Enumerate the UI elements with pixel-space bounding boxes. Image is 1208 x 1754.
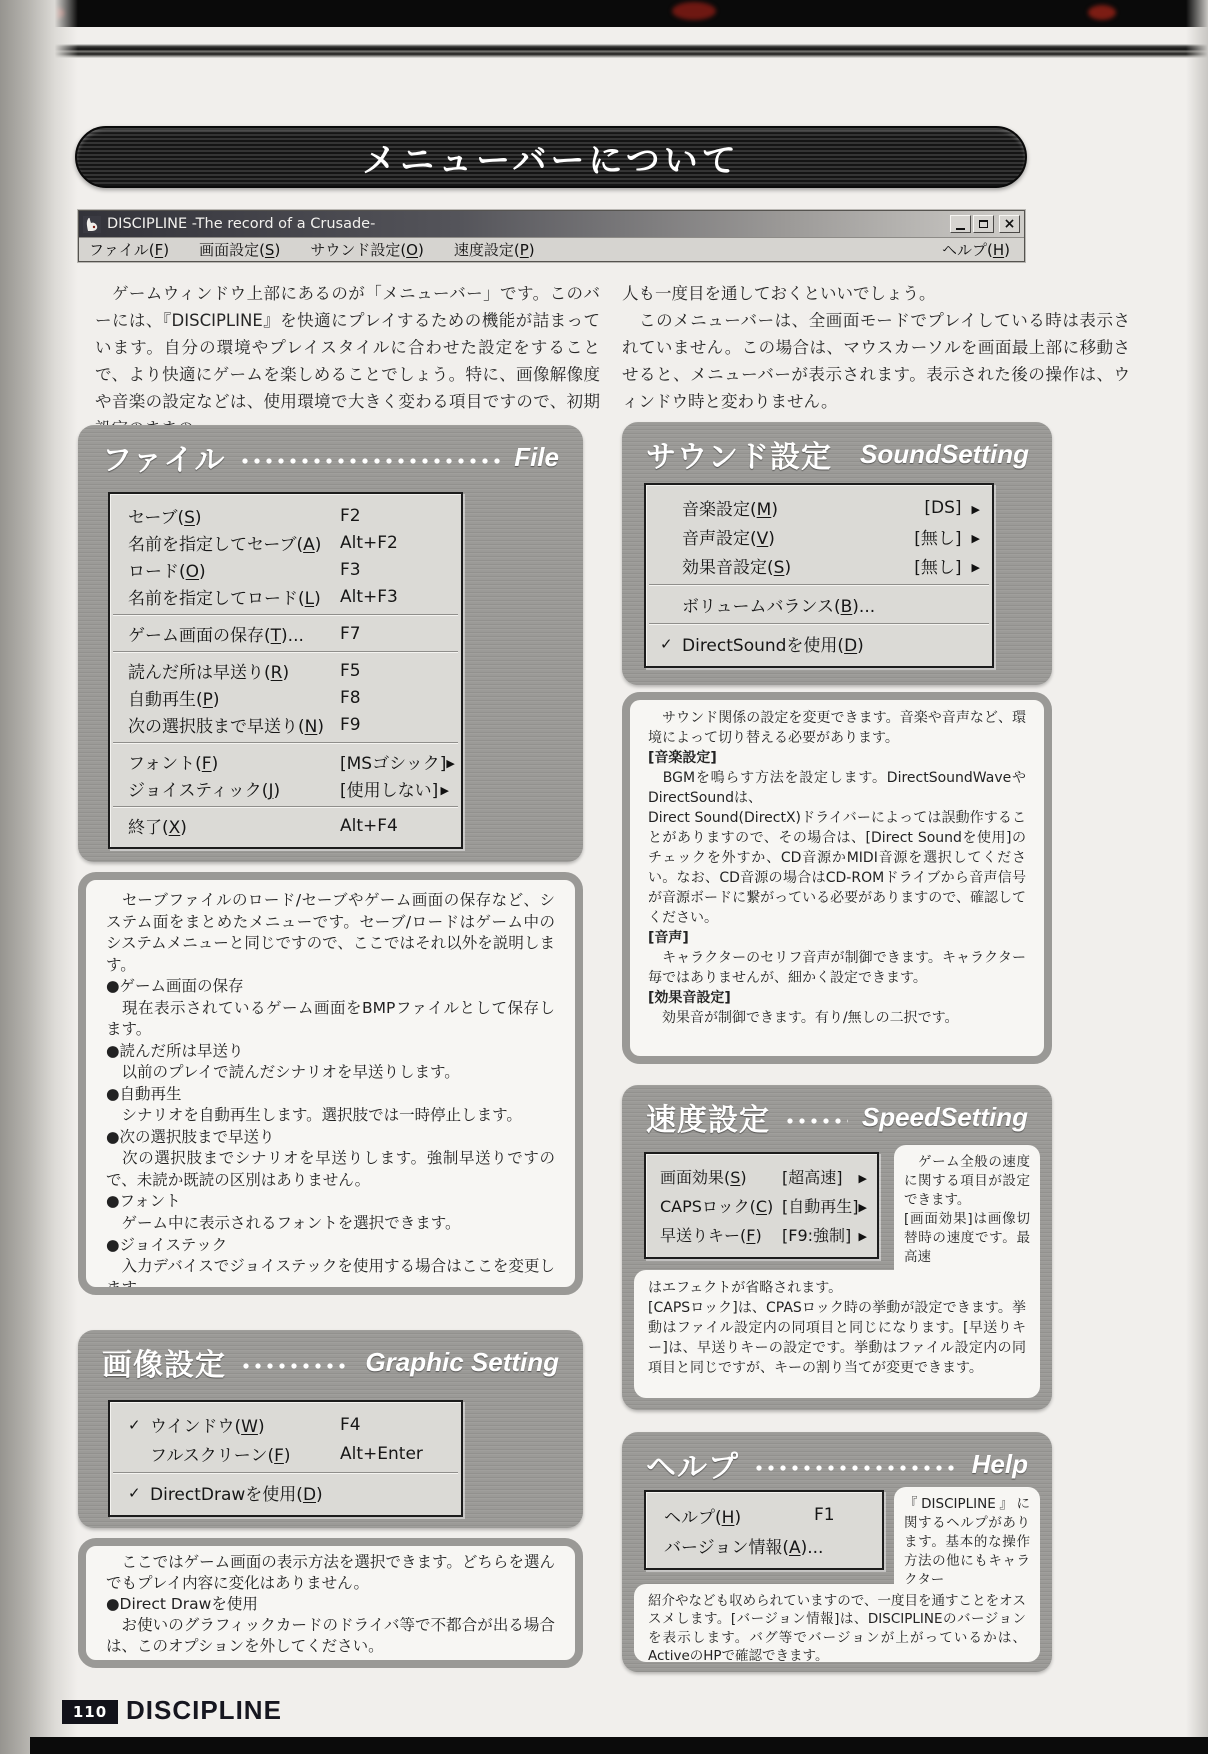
scan-stain: [672, 2, 716, 20]
section-title-jp: ヘルプ: [646, 1442, 739, 1486]
submenu-arrow-icon: [441, 779, 449, 799]
page-number-badge: 110: [62, 1700, 118, 1724]
submenu-arrow-icon: [972, 556, 980, 576]
menu-item-joystick[interactable]: ジョイスティック(J)[使用しない]: [110, 775, 461, 802]
menu-separator: [113, 806, 458, 808]
checkmark-icon: [128, 1484, 150, 1502]
speed-description-bottom: はエフェクトが省略されます。 [CAPSロック]は、CPASロック時の挙動が設定…: [634, 1270, 1040, 1398]
menu-separator: [113, 742, 458, 744]
file-menu-mockup: セーブ(S)F2 名前を指定してセーブ(A)Alt+F2 ロード(O)F3 名前…: [108, 492, 463, 849]
footer-brand: DISCIPLINE: [126, 1695, 282, 1726]
menu-item-version-info[interactable]: バージョン情報(A)...: [646, 1530, 882, 1560]
menubar-item-display[interactable]: 画面設定(S): [199, 239, 280, 260]
divider-ribbon: [0, 44, 1208, 58]
menubar-item-speed[interactable]: 速度設定(P): [454, 239, 535, 260]
submenu-arrow-icon: [859, 1196, 867, 1215]
minimize-button[interactable]: [950, 215, 971, 233]
checkmark-icon: [128, 1416, 150, 1434]
graphic-menu-mockup: ウインドウ(W)F4 フルスクリーン(F)Alt+Enter DirectDra…: [108, 1400, 463, 1517]
menubar-item-help[interactable]: ヘルプ(H): [942, 239, 1010, 260]
section-help-header: ヘルプ Help: [622, 1432, 1052, 1486]
dotted-leader: [784, 1117, 848, 1125]
menu-item-fullscreen[interactable]: フルスクリーン(F)Alt+Enter: [110, 1439, 461, 1468]
menu-item-caps-lock[interactable]: CAPSロック(C)[自動再生]: [646, 1191, 877, 1220]
menu-separator: [649, 623, 989, 625]
speed-description-side: ゲーム全般の速度に関する項目が設定できます。 [画面効果]は画像切替時の速度です…: [894, 1145, 1040, 1270]
help-description-side: 『DISCIPLINE』に関するヘルプがあります。基本的な操作方法の他にもキャラ…: [894, 1487, 1040, 1584]
menu-separator: [649, 584, 989, 586]
menu-separator: [113, 651, 458, 653]
page-title: メニューバーについて: [362, 133, 740, 182]
minimize-icon: [956, 228, 965, 230]
menu-item-font[interactable]: フォント(F)[MSゴシック]: [110, 748, 461, 775]
menu-separator: [113, 614, 458, 616]
game-window-mockup: DISCIPLINE -The record of a Crusade- ファイ…: [78, 210, 1025, 262]
section-speed: 速度設定 SpeedSetting ゲーム全般の速度に関する項目が設定できます。…: [622, 1085, 1052, 1410]
page-edge-shadow: [1186, 0, 1208, 1754]
app-icon: [83, 216, 101, 233]
help-menu-mockup: ヘルプ(H)F1 バージョン情報(A)...: [644, 1490, 884, 1570]
section-title-en: File: [514, 442, 559, 473]
menu-item-save[interactable]: セーブ(S)F2: [110, 502, 461, 529]
menu-item-save-as[interactable]: 名前を指定してセーブ(A)Alt+F2: [110, 529, 461, 556]
section-help: ヘルプ Help 『DISCIPLINE』に関するヘルプがあります。基本的な操作…: [622, 1432, 1052, 1672]
submenu-arrow-icon: [972, 498, 980, 518]
page-title-banner: メニューバーについて: [75, 126, 1027, 188]
close-button[interactable]: [999, 215, 1020, 233]
sound-description-box: サウンド関係の設定を変更できます。音楽や音声など、環境によって切り替える必要があ…: [622, 692, 1052, 1064]
scan-stain: [1088, 5, 1116, 20]
section-file-header: ファイル File: [78, 425, 583, 479]
menu-item-skip-to-choice[interactable]: 次の選択肢まで早送り(N)F9: [110, 711, 461, 738]
section-file: ファイル File セーブ(S)F2 名前を指定してセーブ(A)Alt+F2 ロ…: [78, 425, 583, 862]
submenu-arrow-icon: [859, 1225, 867, 1244]
menu-item-skip-read[interactable]: 読んだ所は早送り(R)F5: [110, 657, 461, 684]
intro-paragraph-left: ゲームウィンドウ上部にあるのが「メニューバー」です。このバーには、『DISCIP…: [95, 280, 600, 442]
section-title-jp: ファイル: [102, 435, 225, 479]
window-controls: [950, 215, 1020, 233]
checkmark-icon: [660, 635, 682, 653]
menu-item-music-setting[interactable]: 音楽設定(M)[DS]: [646, 493, 992, 522]
submenu-arrow-icon: [859, 1167, 867, 1186]
maximize-icon: [979, 220, 988, 228]
dotted-leader: [240, 1362, 351, 1370]
menu-item-volume-balance[interactable]: ボリュームバランス(B)...: [646, 590, 992, 619]
section-title-jp: 画像設定: [102, 1340, 226, 1384]
window-titlebar: DISCIPLINE -The record of a Crusade-: [79, 211, 1024, 237]
section-title-en: SpeedSetting: [862, 1102, 1028, 1133]
menu-item-save-screen[interactable]: ゲーム画面の保存(T)...F7: [110, 620, 461, 647]
menu-item-screen-effect[interactable]: 画面効果(S)[超高速]: [646, 1162, 877, 1191]
menu-item-load-as[interactable]: 名前を指定してロード(L)Alt+F3: [110, 583, 461, 610]
page-bottom-edge: [30, 1737, 1208, 1754]
menu-item-skip-key[interactable]: 早送りキー(F)[F9:強制]: [646, 1220, 877, 1249]
menu-item-use-directsound[interactable]: DirectSoundを使用(D): [646, 629, 992, 658]
menu-item-voice-setting[interactable]: 音声設定(V)[無し]: [646, 522, 992, 551]
submenu-arrow-icon: [972, 527, 980, 547]
menubar-item-file[interactable]: ファイル(F): [89, 239, 169, 260]
section-title-jp: 速度設定: [646, 1095, 770, 1139]
sound-menu-mockup: 音楽設定(M)[DS] 音声設定(V)[無し] 効果音設定(S)[無し] ボリュ…: [644, 483, 994, 668]
speed-menu-mockup: 画面効果(S)[超高速] CAPSロック(C)[自動再生] 早送りキー(F)[F…: [644, 1152, 879, 1259]
menu-item-use-directdraw[interactable]: DirectDrawを使用(D): [110, 1478, 461, 1507]
submenu-arrow-icon: [446, 752, 454, 772]
section-title-en: SoundSetting: [860, 439, 1029, 470]
window-menubar: ファイル(F) 画面設定(S) サウンド設定(O) 速度設定(P) ヘルプ(H): [79, 237, 1024, 261]
section-sound-header: サウンド設定 SoundSetting: [622, 422, 1052, 476]
graphic-description: ここではゲーム画面の表示方法を選択できます。どちらを選んでもプレイ内容に変化はあ…: [86, 1546, 575, 1663]
intro-paragraph-right: 人も一度目を通しておくといいでしょう。 このメニューバーは、全画面モードでプレイ…: [622, 280, 1130, 415]
graphic-description-box: ここではゲーム画面の表示方法を選択できます。どちらを選んでもプレイ内容に変化はあ…: [78, 1538, 583, 1668]
section-title-en: Help: [972, 1449, 1028, 1480]
menubar-item-sound[interactable]: サウンド設定(O): [310, 239, 424, 260]
page-gutter-shadow: [0, 0, 78, 1754]
file-description-box: セーブファイルのロード/セーブやゲーム画面の保存など、システム面をまとめたメニュ…: [78, 872, 583, 1295]
section-sound: サウンド設定 SoundSetting 音楽設定(M)[DS] 音声設定(V)[…: [622, 422, 1052, 685]
menu-item-help[interactable]: ヘルプ(H)F1: [646, 1500, 882, 1530]
section-graphic-header: 画像設定 Graphic Setting: [78, 1330, 583, 1384]
file-description: セーブファイルのロード/セーブやゲーム画面の保存など、システム面をまとめたメニュ…: [86, 880, 575, 1295]
menu-item-se-setting[interactable]: 効果音設定(S)[無し]: [646, 551, 992, 580]
menu-item-exit[interactable]: 終了(X)Alt+F4: [110, 812, 461, 839]
help-description-bottom: 紹介やなども収められていますので、一度目を通すことをオススメします。[バージョン…: [634, 1584, 1040, 1662]
section-title-en: Graphic Setting: [365, 1347, 559, 1378]
window-title: DISCIPLINE -The record of a Crusade-: [107, 216, 375, 232]
sound-description: サウンド関係の設定を変更できます。音楽や音声など、環境によって切り替える必要があ…: [630, 700, 1044, 1036]
menu-item-load[interactable]: ロード(O)F3: [110, 556, 461, 583]
page-top-edge: [0, 0, 1208, 27]
section-graphic: 画像設定 Graphic Setting ウインドウ(W)F4 フルスクリーン(…: [78, 1330, 583, 1528]
maximize-button[interactable]: [973, 215, 994, 233]
menu-item-window-mode[interactable]: ウインドウ(W)F4: [110, 1410, 461, 1439]
dotted-leader: [753, 1464, 958, 1472]
menu-separator: [113, 1472, 458, 1474]
section-speed-header: 速度設定 SpeedSetting: [622, 1085, 1052, 1139]
menu-item-auto-play[interactable]: 自動再生(P)F8: [110, 684, 461, 711]
section-title-jp: サウンド設定: [646, 432, 832, 476]
dotted-leader: [239, 457, 500, 465]
